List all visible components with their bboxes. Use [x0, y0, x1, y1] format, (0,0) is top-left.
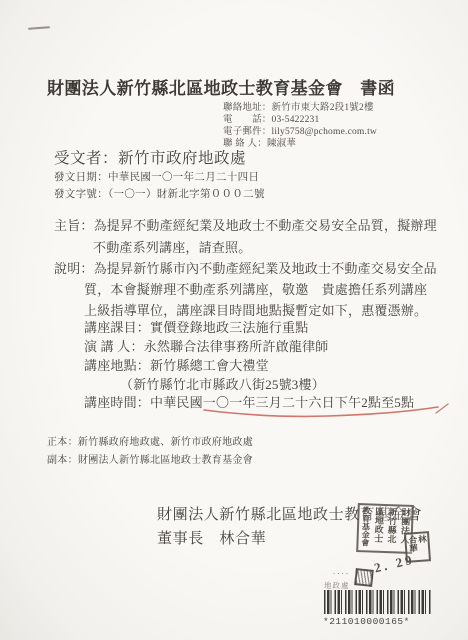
barcode-number: *211010000165*: [323, 616, 410, 627]
scan-artifact-dots: ....: [333, 566, 350, 576]
recipient-line: 受文者：新竹市政府地政處: [54, 146, 246, 168]
org-seal-column: 區地政士: [372, 507, 383, 550]
lecture-venue-line: 講座地點：新竹縣總工會大禮堂: [84, 355, 269, 374]
received-stamp-scribble: [354, 568, 374, 587]
red-underline-annotation: [198, 400, 456, 422]
handwritten-date-note: 2. 29: [373, 552, 417, 577]
org-seal-column: 教育基金會: [360, 506, 370, 549]
scanned-letter-page: 財團法人新竹縣北區地政士教育基金會 書函 聯絡地址：新竹市東大路2段1號2樓 電…: [0, 0, 468, 640]
signature-chairman-line: 董事長 林合華: [157, 527, 266, 548]
description-line-2: 質，本會擬辦理不動產系列講座，敬邀 貴處擔任系列講座: [84, 279, 427, 298]
lecture-venue-address-line: （新竹縣竹北市縣政八街25號3樓）: [120, 374, 325, 393]
subject-line-2: 不動產系列講座，請查照。: [93, 237, 251, 256]
receipt-barcode: [324, 590, 432, 614]
subject-line-1: 主旨：為提昇不動產經紀業及地政士不動產交易安全品質，擬辦理: [54, 215, 437, 234]
name-seal-column: 林: [417, 534, 428, 559]
original-copy-line: 正本：新竹縣政府地政處、新竹市政府地政處: [47, 433, 253, 448]
description-line-1: 說明：為提昇新竹縣市內不動產經紀業及地政士不動產交易安全品: [54, 258, 437, 277]
carbon-copy-line: 副本：財團法人新竹縣北區地政士教育基金會: [47, 451, 253, 466]
ref-number-line: 發文字號：（一〇一）財新北字第０００二號: [54, 186, 265, 201]
scan-artifact-dash: [28, 26, 50, 30]
issue-date-line: 發文日期：中華民國一〇一年二月二十四日: [54, 169, 259, 184]
letter-title: 財團法人新竹縣北區地政士教育基金會 書函: [47, 74, 395, 99]
lecture-course-line: 講座課目：實價登錄地政三法施行重點: [84, 317, 308, 336]
lecture-speaker-line: 演 講 人：永然聯合法律事務所許啟龍律師: [84, 336, 329, 355]
org-seal-column: 新竹縣北: [386, 507, 397, 550]
